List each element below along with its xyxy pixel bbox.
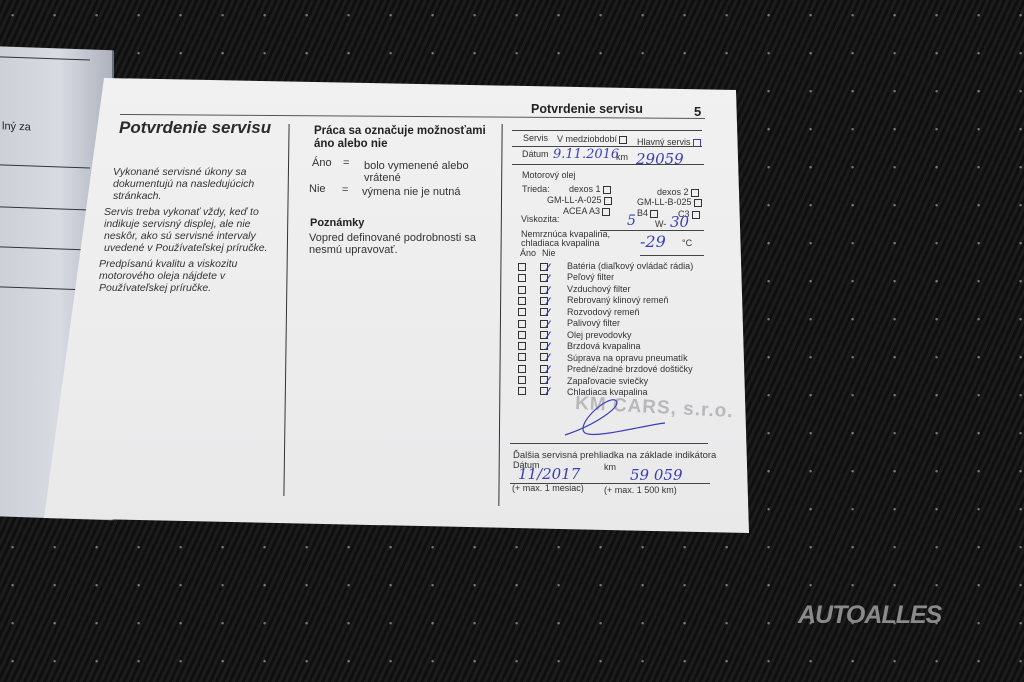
antifreeze-value[interactable]: -29 [640,232,666,251]
next-km-value[interactable]: 59 059 [630,466,683,484]
service-item-label: Batéria (diaľkový ovládač rádia) [567,261,693,271]
no-checkbox[interactable] [540,263,548,271]
no-checkbox[interactable] [540,297,548,305]
legend-eq: = [342,184,348,196]
next-date-value[interactable]: 11/2017 [518,465,580,483]
notes-text: Vopred definované podrobnosti sa nesmú u… [309,232,489,256]
legend-value: bolo vymenené alebo vrátené [364,160,484,184]
no-checkbox[interactable] [540,320,548,328]
oil-label: Motorový olej [522,170,576,180]
viscosity-sep: W- [655,219,666,229]
yes-checkbox[interactable] [518,365,526,373]
date-value[interactable]: 9.11.2016 [553,147,619,162]
oil-option-checkbox[interactable] [603,186,611,194]
viscosity-label: Viskozita: [521,214,559,224]
yes-checkbox[interactable] [518,331,526,339]
legend-key: Áno [312,157,332,169]
form-rule [640,255,704,256]
next-km-note: (+ max. 1 500 km) [604,485,677,495]
yes-header: Áno [520,248,536,258]
yes-checkbox[interactable] [518,376,526,384]
service-item-label: Brzdová kvapalina [567,341,641,351]
oil-option: B4 [637,208,658,218]
no-checkbox[interactable] [540,342,548,350]
antifreeze-label: chladiaca kvapalina [521,238,600,248]
interim-label: V medziobdobí [557,134,627,144]
paragraph: Vykonané servisné úkony sa dokumentujú n… [113,166,273,202]
oil-option-checkbox[interactable] [694,199,702,207]
service-item-label: Súprava na opravu pneumatík [567,353,688,363]
form-rule [512,130,702,131]
antifreeze-unit: °C [682,238,692,248]
no-checkbox[interactable] [540,308,548,316]
yes-checkbox[interactable] [518,286,526,294]
service-item-label: Predné/zadné brzdové doštičky [567,364,693,374]
yes-checkbox[interactable] [518,297,526,305]
service-item-label: Zapaľovacie sviečky [567,376,648,386]
oil-option-checkbox[interactable] [602,208,610,216]
oil-option-checkbox[interactable] [691,189,699,197]
next-km-label: km [604,462,616,472]
service-item-label: Rebrovaný klinový remeň [567,295,669,305]
service-item-label: Rozvodový remeň [567,307,640,317]
servis-label: Servis [523,133,548,143]
divider [0,56,90,61]
service-item-label: Peľový filter [567,272,614,282]
no-header: Nie [542,248,556,258]
oil-option: GM-LL-A-025 [547,195,612,205]
oil-option-checkbox[interactable] [692,211,700,219]
legend-heading: Práca sa označuje možnosťami áno alebo n… [314,125,499,151]
no-checkbox[interactable] [540,353,548,361]
page-header-title: Potvrdenie servisu [531,102,643,116]
oil-option: ACEA A3 [563,206,610,216]
form-rule [600,230,704,231]
viscosity-value-2[interactable]: 30 [670,213,689,231]
service-item-label: Olej prevodovky [567,330,632,340]
oil-option: dexos 1 [569,184,611,194]
legend-value: výmena nie je nutná [362,186,460,198]
form-rule [510,443,708,444]
no-checkbox[interactable] [540,331,548,339]
no-checkbox[interactable] [540,365,548,373]
paragraph: Predpísanú kvalitu a viskozitu motorovéh… [99,258,239,294]
oil-option: dexos 2 [657,187,699,197]
km-value[interactable]: 29059 [636,150,684,168]
oil-option-checkbox[interactable] [604,197,612,205]
oil-option: GM-LL-B-025 [637,197,702,207]
divider [0,246,90,251]
legend-key: Nie [309,183,326,195]
viscosity-value-1[interactable]: 5 [627,213,636,229]
yes-checkbox[interactable] [518,263,526,271]
divider [0,164,90,169]
yes-checkbox[interactable] [518,387,526,395]
no-checkbox[interactable] [540,286,548,294]
notes-heading: Poznámky [310,217,364,230]
legend-eq: = [343,157,349,169]
service-item-label: Vzduchový filter [567,284,631,294]
no-checkbox[interactable] [540,274,548,282]
yes-checkbox[interactable] [518,342,526,350]
paragraph: Servis treba vykonať vždy, keď to indiku… [104,206,274,254]
km-label: km [616,152,628,162]
divider [0,206,90,211]
yes-checkbox[interactable] [518,353,526,361]
form-rule [512,164,704,165]
left-page-fragment: lný za [2,120,31,133]
service-item-label: Palivový filter [567,318,620,328]
yes-checkbox[interactable] [518,320,526,328]
watermark-logo: AUTOALLES [798,601,941,630]
section-title: Potvrdenie servisu [119,118,271,138]
next-date-note: (+ max. 1 mesiac) [512,483,584,493]
signature [555,395,675,445]
interim-checkbox[interactable] [619,136,627,144]
oil-option-checkbox[interactable] [650,210,658,218]
page-number: 5 [694,104,701,119]
date-label: Dátum [522,149,549,159]
yes-checkbox[interactable] [518,274,526,282]
no-checkbox[interactable] [540,387,548,395]
no-checkbox[interactable] [540,376,548,384]
yes-checkbox[interactable] [518,308,526,316]
class-label: Trieda: [522,184,550,194]
next-service-label: Ďalšia servisná prehliadka na základe in… [513,450,716,461]
